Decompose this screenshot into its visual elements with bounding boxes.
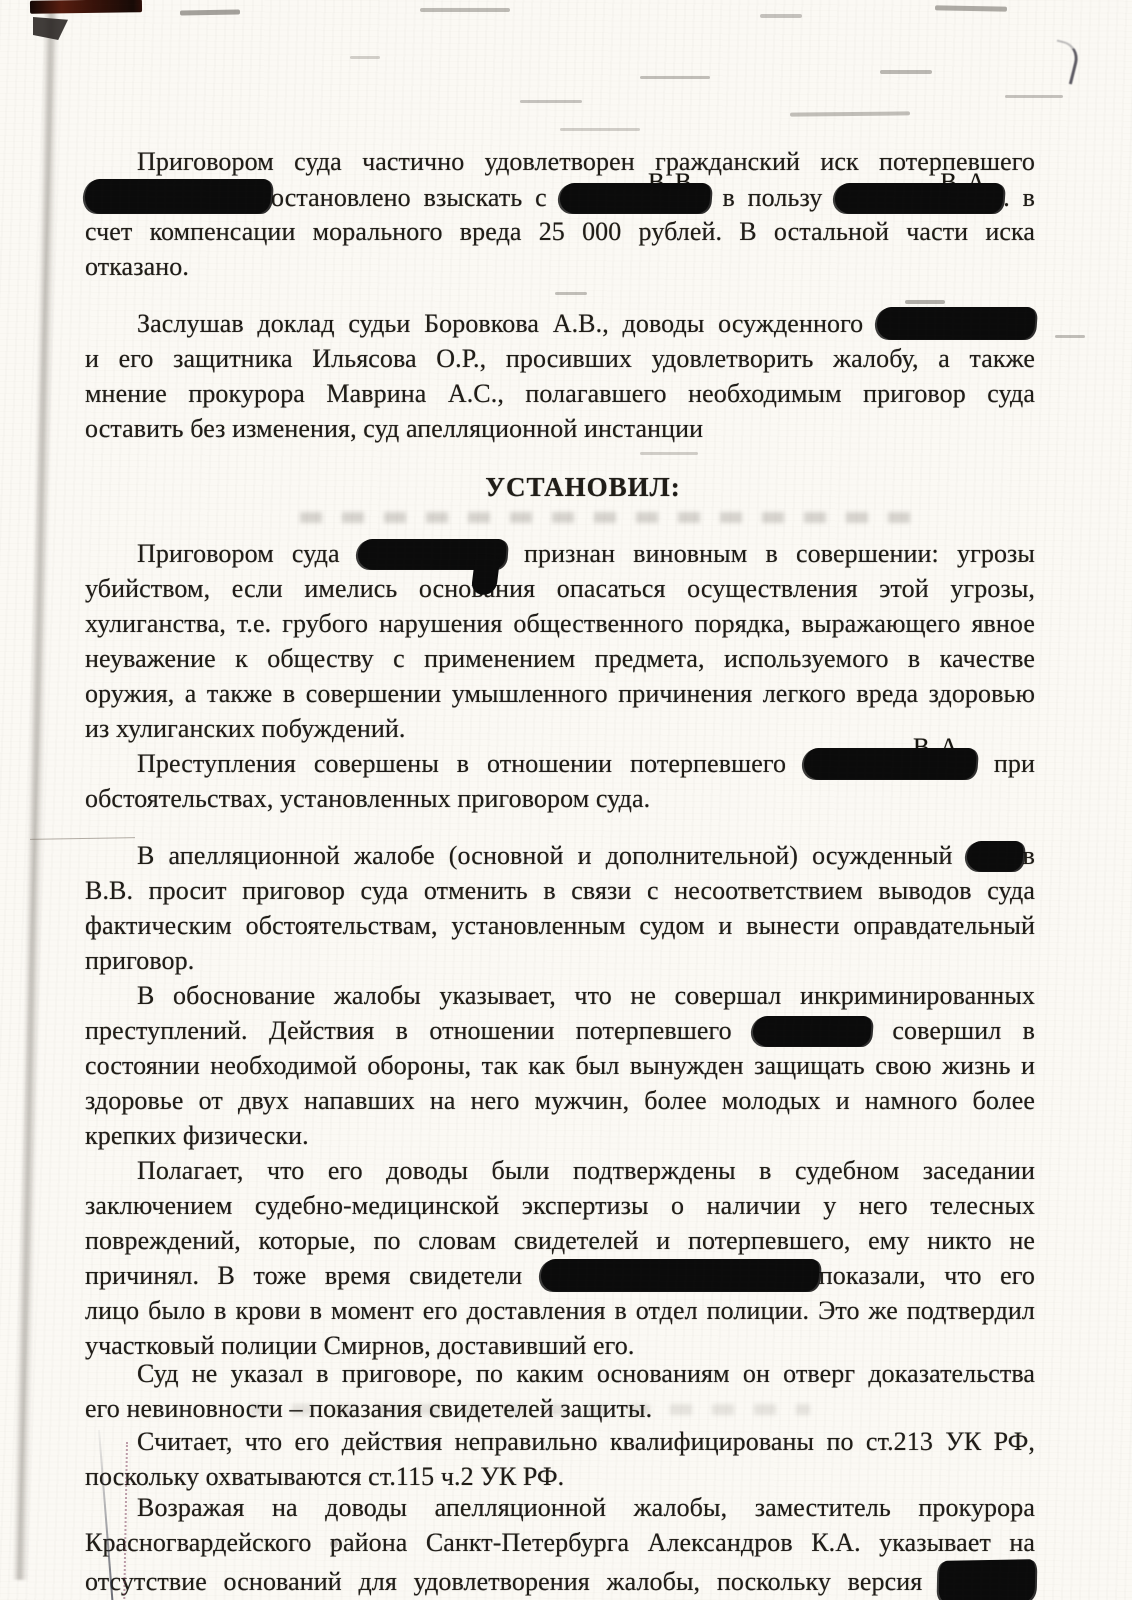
text-line: фактическим обстоятельствам, установленн… (85, 908, 1035, 943)
text-line: хулиганства, т.е. грубого нарушения обще… (85, 606, 1035, 641)
text-segment: оружия, а также в совершении умышленного… (85, 679, 1035, 708)
text-segment: заключением судебно-медицинской эксперти… (85, 1191, 1035, 1220)
text-line: Красногвардейского района Санкт-Петербур… (85, 1525, 1035, 1560)
paragraph-expert-evidence: Полагает, что его доводы были подтвержде… (85, 1153, 1035, 1363)
text-line: Полагает, что его доводы были подтвержде… (85, 1153, 1035, 1188)
text-line: В обоснование жалобы указывает, что не с… (85, 978, 1035, 1013)
paragraph-hearing-participants: Заслушав доклад судьи Боровкова А.В., до… (85, 306, 1035, 446)
text-segment: в (1023, 841, 1035, 870)
text-segment: счет компенсации морального вреда 25 000… (85, 217, 1035, 246)
scan-noise-speck (560, 128, 640, 131)
text-line: неуважение к обществу с применением пред… (85, 641, 1035, 676)
redaction-peek-text: В.В (648, 170, 694, 195)
paragraph-appeal-request: В апелляционной жалобе (основной и допол… (85, 838, 1035, 978)
text-line: мнение прокурора Маврина А.С., полагавше… (85, 376, 1035, 411)
scan-noise-speck (1055, 335, 1085, 338)
text-line: Приговором суда частично удовлетворен гр… (85, 144, 1035, 179)
scan-noise-speck (420, 8, 510, 12)
scan-noise-speck (350, 56, 380, 59)
redaction-mark: В.А (835, 183, 1003, 213)
redaction-mark (541, 1259, 819, 1291)
scan-noise-speck (1005, 95, 1063, 98)
text-line: лицо было в крови в момент его доставлен… (85, 1293, 1035, 1328)
text-segment: его невиновности – показания свидетелей … (85, 1394, 652, 1423)
text-line: отказано. (85, 249, 1035, 284)
text-segment: мнение прокурора Маврина А.С., полагавше… (85, 379, 1035, 408)
text-line: В.В. просит приговор суда отменить в свя… (85, 873, 1035, 908)
paragraph-appeal-grounds: В обоснование жалобы указывает, что не с… (85, 978, 1035, 1153)
redaction-mark (753, 1016, 871, 1046)
text-segment: отказано. (85, 252, 189, 281)
text-segment: В.В. просит приговор суда отменить в свя… (85, 876, 1035, 905)
text-segment: крепких физически. (85, 1121, 309, 1150)
redaction-mark (967, 841, 1023, 871)
text-line: Заслушав доклад судьи Боровкова А.В., до… (85, 306, 1035, 341)
scan-ghost-text-row (300, 512, 920, 523)
text-line: Суд не указал в приговоре, по каким осно… (85, 1356, 1035, 1391)
redaction-peek-text: В.А (861, 735, 960, 760)
text-line: убийством, если имелись основания опасат… (85, 571, 1035, 606)
scan-noise-speck (520, 100, 582, 103)
text-segment: Считает, что его действия неправильно кв… (137, 1427, 1035, 1456)
text-line: отсутствие оснований для удовлетворения … (85, 1560, 1035, 1595)
text-segment: причинял. В тоже время свидетели (85, 1261, 541, 1290)
text-segment: Полагает, что его доводы были подтвержде… (137, 1156, 1035, 1185)
text-line: поскольку охватываются ст.115 ч.2 УК РФ. (85, 1459, 1035, 1494)
text-segment: В апелляционной жалобе (основной и допол… (137, 841, 967, 870)
redaction-mark (877, 307, 1035, 339)
text-line: обстоятельствах, установленных приговоро… (85, 781, 1035, 816)
text-segment: здоровье от двух напавших на него мужчин… (85, 1086, 1035, 1115)
text-segment: лицо было в крови в момент его доставлен… (85, 1296, 1035, 1325)
text-segment: фактическим обстоятельствам, установленн… (85, 911, 1035, 940)
text-segment: хулиганства, т.е. грубого нарушения обще… (85, 609, 1035, 638)
text-segment: признан виновным в совершении: угрозы (506, 539, 1035, 568)
text-segment: убийством, если имелись основания опасат… (85, 574, 1035, 603)
text-line: Возражая на доводы апелляционной жалобы,… (85, 1490, 1035, 1525)
scanned-document-page: УСТАНОВИЛ: Приговором суда частично удов… (0, 0, 1132, 1600)
text-segment: Приговором суда (137, 539, 358, 568)
text-segment: приговор. (85, 946, 194, 975)
text-line: Приговором суда признан виновным в совер… (85, 536, 1035, 571)
redaction-mark (358, 539, 506, 569)
text-segment: Возражая на доводы апелляционной жалобы,… (137, 1493, 1035, 1522)
paragraph-civil-claim: Приговором суда частично удовлетворен гр… (85, 144, 1035, 284)
text-segment: и его защитника Ильясова О.Р., просивших… (85, 344, 1035, 373)
text-line: и его защитника Ильясова О.Р., просивших… (85, 341, 1035, 376)
scan-noise-speck (935, 5, 1007, 11)
text-line: В апелляционной жалобе (основной и допол… (85, 838, 1035, 873)
scan-noise-speck (180, 9, 240, 15)
redaction-mark: В.А (804, 748, 976, 779)
text-segment: при (976, 749, 1035, 778)
text-segment: Заслушав доклад судьи Боровкова А.В., до… (137, 309, 877, 338)
scan-noise-speck (555, 292, 587, 295)
text-segment: остановлено взыскать с (271, 183, 560, 212)
redaction-peek-text: В.А (940, 170, 987, 195)
text-segment: Красногвардейского района Санкт-Петербур… (85, 1528, 1035, 1557)
text-line: повреждений, которые, по словам свидетел… (85, 1223, 1035, 1258)
text-segment: преступлений. Действия в отношении потер… (85, 1016, 753, 1045)
scan-noise-speck (790, 111, 910, 116)
text-line: приговор. (85, 943, 1035, 978)
text-line: оружия, а также в совершении умышленного… (85, 676, 1035, 711)
text-segment: отсутствие оснований для удовлетворения … (85, 1567, 939, 1596)
text-line: Считает, что его действия неправильно кв… (85, 1424, 1035, 1459)
paragraph-court-omission: Суд не указал в приговоре, по каким осно… (85, 1356, 1035, 1426)
text-line: заключением судебно-медицинской эксперти… (85, 1188, 1035, 1223)
text-line: счет компенсации морального вреда 25 000… (85, 214, 1035, 249)
text-line: крепких физически. (85, 1118, 1035, 1153)
text-segment: Суд не указал в приговоре, по каким осно… (137, 1359, 1035, 1388)
text-line: причинял. В тоже время свидетели показал… (85, 1258, 1035, 1293)
text-segment: обстоятельствах, установленных приговоро… (85, 784, 650, 813)
paragraph-crimes-victim: Преступления совершены в отношении потер… (85, 746, 1035, 816)
text-segment: из хулиганских побуждений. (85, 714, 406, 743)
scan-tape-mark (30, 0, 142, 14)
text-segment: Преступления совершены в отношении потер… (137, 749, 804, 778)
pen-stroke-mark (1048, 40, 1082, 85)
section-heading: УСТАНОВИЛ: (85, 470, 1035, 505)
text-line: здоровье от двух напавших на него мужчин… (85, 1083, 1035, 1118)
text-line: Преступления совершены в отношении потер… (85, 746, 1035, 781)
text-line: его невиновности – показания свидетелей … (85, 1391, 1035, 1426)
scan-corner-smudge (33, 17, 68, 40)
text-segment: в пользу (710, 183, 836, 212)
text-segment: неуважение к обществу с применением пред… (85, 644, 1035, 673)
text-segment: повреждений, которые, по словам свидетел… (85, 1226, 1035, 1255)
redaction-mark (85, 179, 271, 213)
text-segment: поскольку охватываются ст.115 ч.2 УК РФ. (85, 1462, 564, 1491)
paragraph-qualification: Считает, что его действия неправильно кв… (85, 1424, 1035, 1494)
text-segment: В обоснование жалобы указывает, что не с… (137, 981, 1035, 1010)
text-segment: показали, что его (819, 1261, 1035, 1290)
scan-noise-speck (640, 452, 698, 455)
text-segment: состоянии необходимой обороны, так как б… (85, 1051, 1035, 1080)
text-segment: оставить без изменения, суд апелляционно… (85, 414, 703, 443)
text-line: преступлений. Действия в отношении потер… (85, 1013, 1035, 1048)
text-line: остановлено взыскать с В.В в пользу В.А.… (85, 179, 1035, 214)
redaction-mark: В.В (560, 183, 710, 213)
text-segment: совершил в (871, 1016, 1035, 1045)
text-segment: Приговором суда частично удовлетворен гр… (137, 147, 1035, 176)
paragraph-verdict-charges: Приговором суда признан виновным в совер… (85, 536, 1035, 746)
text-line: состоянии необходимой обороны, так как б… (85, 1048, 1035, 1083)
scan-noise-speck (640, 76, 710, 79)
scan-noise-speck (880, 70, 932, 74)
scan-noise-speck (760, 14, 802, 18)
text-segment: . в (1003, 183, 1035, 212)
paragraph-prosecutor-objection: Возражая на доводы апелляционной жалобы,… (85, 1490, 1035, 1595)
redaction-mark (939, 1560, 1035, 1600)
text-line: оставить без изменения, суд апелляционно… (85, 411, 1035, 446)
scan-edge-shadow (12, 10, 60, 1580)
scan-noise-speck (905, 300, 945, 304)
